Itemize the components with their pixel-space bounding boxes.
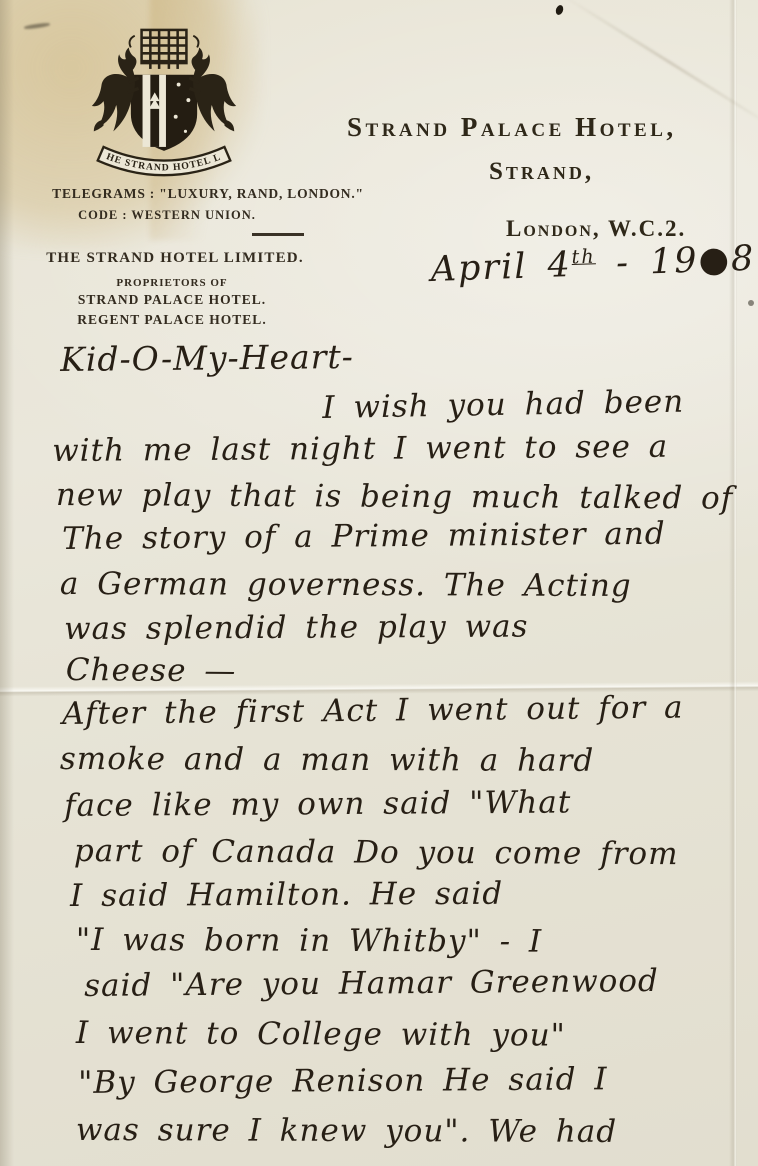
handwritten-line: I went to College with you"	[76, 1015, 566, 1054]
hotel-crest-icon: THE STRAND HOTEL LD	[86, 24, 242, 186]
handwritten-line: with me last night I went to see a	[52, 429, 668, 469]
ink-blot-digit: ●	[698, 240, 732, 281]
handwritten-line: After the first Act I went out for a	[62, 689, 684, 732]
handwritten-line: I wish you had been	[322, 384, 684, 426]
scanned-letter-page: THE STRAND HOTEL LD TELEGRAMS : "LUXURY,…	[0, 0, 758, 1166]
handwritten-line: "By George Renison He said I	[78, 1061, 608, 1101]
handwritten-line: The story of a Prime minister and	[62, 516, 666, 557]
handwritten-line: new play that is being much talked of	[56, 477, 734, 517]
handwritten-date: April 4th - 19●8	[430, 239, 756, 290]
right-edge-crease	[729, 0, 737, 1166]
city-line: London, W.C.2.	[506, 216, 686, 242]
proprietor-hotel-2: REGENT PALACE HOTEL.	[22, 312, 322, 328]
ink-speck	[748, 300, 754, 306]
proprietor-hotel-1: STRAND PALACE HOTEL.	[22, 292, 322, 308]
handwritten-line: a German governess. The Acting	[60, 566, 632, 604]
handwritten-line: I said Hamilton. He said	[70, 876, 503, 914]
handwritten-line: said "Are you Hamar Greenwood	[84, 963, 659, 1004]
telegrams-line: TELEGRAMS : "LUXURY, RAND, LONDON."	[28, 186, 388, 202]
ink-speck	[555, 4, 565, 16]
salutation-line: Kid-O-My-Heart-	[60, 337, 354, 379]
handwritten-line: was splendid the play was	[64, 609, 529, 647]
date-last-digit: 8	[730, 239, 756, 280]
hotel-name-line: Strand Palace Hotel,	[347, 112, 677, 143]
date-rest: - 19	[595, 241, 699, 285]
handwritten-line: face like my own said "What	[64, 784, 571, 824]
code-line: CODE : WESTERN UNION.	[12, 208, 322, 223]
street-line: Strand,	[489, 158, 594, 186]
date-day: April 4	[430, 245, 573, 290]
company-line: THE STRAND HOTEL LIMITED.	[22, 250, 328, 267]
handwritten-line: "I was born in Whitby" - I	[76, 922, 542, 960]
handwritten-line: part of Canada Do you come from	[74, 833, 679, 872]
handwritten-line: Cheese —	[66, 652, 237, 689]
proprietors-line: PROPRIETORS OF	[22, 277, 322, 289]
letterhead-divider	[252, 233, 304, 236]
handwritten-line: smoke and a man with a hard	[60, 741, 594, 779]
date-ordinal: th	[571, 245, 596, 269]
handwritten-line: was sure I knew you". We had	[76, 1112, 617, 1150]
left-edge-shadow	[0, 0, 14, 1166]
